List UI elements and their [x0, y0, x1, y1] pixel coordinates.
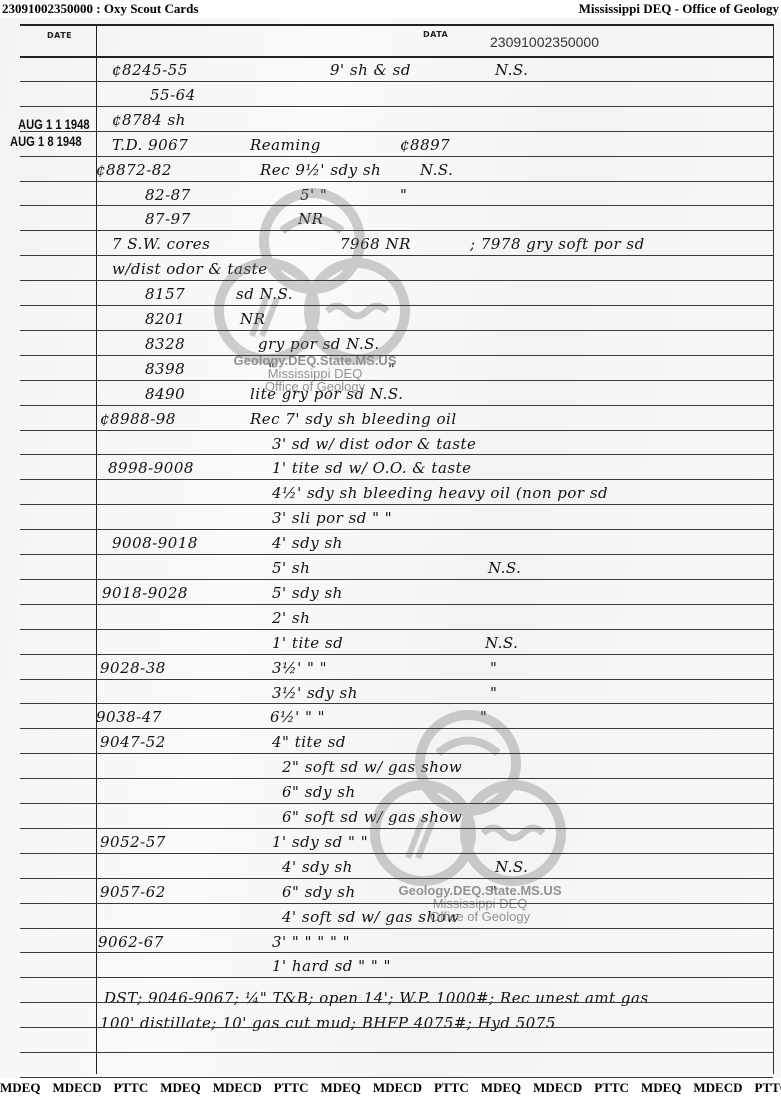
- ruled-line: [20, 778, 773, 779]
- ruled-line: [20, 230, 773, 231]
- row-depth: 87-97: [145, 210, 191, 228]
- ruled-line: [20, 629, 773, 630]
- ruled-line: [20, 205, 773, 206]
- row-desc: 3' sli por sd " ": [272, 509, 392, 527]
- footer-token: MDEQ: [641, 1080, 681, 1095]
- scout-card: DATE DATA 23091002350000 AUG 1 1 1948 AU…: [0, 18, 781, 1078]
- ruled-line: [20, 977, 773, 978]
- ruled-line: [20, 753, 773, 754]
- ruled-line: [20, 728, 773, 729]
- ruled-line: [20, 255, 773, 256]
- row-depth: 55-64: [150, 86, 196, 104]
- row-desc: 1' tite sd w/ O.O. & taste: [272, 459, 472, 477]
- row-note: ; 7978 gry soft por sd: [470, 235, 645, 253]
- footer-token: MDECD: [373, 1080, 422, 1095]
- ruled-line: [20, 305, 773, 306]
- row-note: N.S.: [495, 61, 528, 79]
- row-depth: 8201: [145, 310, 185, 328]
- header-rule: [20, 56, 773, 58]
- date-stamp: AUG 1 1 1948: [18, 116, 90, 132]
- ruled-line: [20, 554, 773, 555]
- ruled-line: [20, 454, 773, 455]
- row-desc: 7968 NR: [340, 235, 411, 253]
- ruled-line: [20, 1052, 773, 1053]
- ruled-line: [20, 579, 773, 580]
- row-depth: ¢8245-55: [112, 61, 188, 79]
- ruled-line: [20, 679, 773, 680]
- row-depth: 82-87: [145, 186, 191, 204]
- row-desc: 6" sdy sh: [282, 783, 356, 801]
- ruled-line: [20, 928, 773, 929]
- row-desc: 9' sh & sd: [330, 61, 411, 79]
- row-depth: T.D. 9067: [112, 136, 188, 154]
- ruled-line: [20, 430, 773, 431]
- row-depth: ¢8784 sh: [112, 111, 186, 129]
- date-stamp: AUG 1 8 1948: [10, 133, 82, 149]
- row-desc: 5' sh: [272, 559, 310, 577]
- document-footer: MDEQMDECDPTTCMDEQMDECDPTTCMDEQMDECDPTTCM…: [0, 1080, 781, 1099]
- row-depth: 8398: [145, 360, 185, 378]
- ruled-line: [20, 330, 773, 331]
- footer-token: PTTC: [755, 1080, 781, 1095]
- row-depth: 8490: [145, 385, 185, 403]
- row-desc: 1' sdy sd " ": [272, 833, 368, 851]
- row-depth: 9008-9018: [112, 534, 198, 552]
- ruled-line: [20, 405, 773, 406]
- row-desc: NR: [240, 310, 265, 328]
- footer-token: MDEQ: [160, 1080, 200, 1095]
- ruled-line: [20, 1002, 773, 1003]
- ruled-line: [20, 106, 773, 107]
- row-depth: 9052-57: [100, 833, 166, 851]
- row-desc: 4" tite sd: [272, 733, 346, 751]
- ruled-line: [20, 156, 773, 157]
- footer-token: PTTC: [434, 1080, 469, 1095]
- footer-token: MDECD: [52, 1080, 101, 1095]
- footer-token: MDEQ: [481, 1080, 521, 1095]
- ruled-line: [20, 529, 773, 530]
- row-depth: 9028-38: [100, 659, 166, 677]
- row-note: N.S.: [420, 161, 453, 179]
- row-desc: 3' sd w/ dist odor & taste: [272, 435, 476, 453]
- row-desc: NR: [298, 210, 323, 228]
- row-depth: 8328: [145, 335, 185, 353]
- row-desc: sd N.S.: [236, 285, 293, 303]
- ruled-line: [20, 504, 773, 505]
- row-desc: gry por sd N.S.: [258, 335, 380, 353]
- ruled-line: [20, 131, 773, 132]
- footer-token: MDEQ: [0, 1080, 40, 1095]
- row-desc: 2" soft sd w/ gas show: [282, 758, 462, 776]
- watermark-text: Geology.DEQ.State.MS.US Mississippi DEQ …: [205, 354, 425, 393]
- ruled-line: [20, 604, 773, 605]
- ruled-line: [20, 903, 773, 904]
- row-depth: ¢8988-98: [100, 410, 176, 428]
- ruled-line: [20, 828, 773, 829]
- document-title: 23091002350000 : Oxy Scout Cards: [2, 1, 198, 17]
- row-note: N.S.: [488, 559, 521, 577]
- row-desc: 4' sdy sh: [282, 858, 353, 876]
- date-column-header: DATE: [47, 31, 72, 40]
- footer-token: MDECD: [693, 1080, 742, 1095]
- row-desc: 1' hard sd " " ": [272, 957, 391, 975]
- ruled-line: [20, 81, 773, 82]
- row-depth: 8998-9008: [108, 459, 194, 477]
- row-depth: 9018-9028: [102, 584, 188, 602]
- footer-token: PTTC: [114, 1080, 149, 1095]
- row-note: N.S.: [485, 634, 518, 652]
- row-desc: 4' sdy sh: [272, 534, 343, 552]
- row-note: ": [490, 659, 497, 677]
- row-desc: Rec 7' sdy sh bleeding oil: [250, 410, 457, 428]
- ruled-line: [20, 280, 773, 281]
- row-depth: 9062-67: [98, 933, 164, 951]
- footer-token: MDECD: [213, 1080, 262, 1095]
- ruled-line: [20, 1077, 773, 1078]
- ruled-line: [20, 703, 773, 704]
- ruled-line: [20, 952, 773, 953]
- data-column-header: DATA: [423, 30, 448, 39]
- row-depth: 8157: [145, 285, 185, 303]
- row-desc: 3½' sdy sh: [272, 684, 358, 702]
- row-desc: 6" soft sd w/ gas show: [282, 808, 462, 826]
- ruled-line: [20, 380, 773, 381]
- row-depth: w/dist odor & taste: [112, 260, 268, 278]
- ruled-line: [20, 181, 773, 182]
- row-desc: 5' sdy sh: [272, 584, 343, 602]
- document-header: 23091002350000 : Oxy Scout Cards Mississ…: [0, 0, 781, 18]
- row-desc: 2' sh: [272, 609, 310, 627]
- row-note: N.S.: [495, 858, 528, 876]
- ruled-line: [20, 654, 773, 655]
- row-desc: 3' " " " " ": [272, 933, 350, 951]
- row-depth: 9057-62: [100, 883, 166, 901]
- agency-title: Mississippi DEQ - Office of Geology: [579, 1, 779, 17]
- row-depth: 9038-47: [96, 708, 162, 726]
- row-desc: 4½' sdy sh bleeding heavy oil (non por s…: [272, 484, 608, 502]
- row-desc: 6½' " ": [270, 708, 325, 726]
- footer-token: PTTC: [594, 1080, 629, 1095]
- row-desc: 5' ": [300, 186, 327, 204]
- ruled-line: [20, 1027, 773, 1028]
- card-right-border: [773, 24, 774, 1074]
- top-rule: [20, 24, 773, 26]
- dst-line: DST; 9046-9067; ¼" T&B; open 14'; W.P. 1…: [104, 989, 649, 1007]
- dst-line: 100' distillate; 10' gas cut mud; BHFP 4…: [100, 1014, 556, 1032]
- row-note: ": [400, 186, 407, 204]
- ruled-line: [20, 878, 773, 879]
- footer-token: PTTC: [274, 1080, 309, 1095]
- ruled-line: [20, 479, 773, 480]
- row-depth: 7 S.W. cores: [112, 235, 210, 253]
- ruled-line: [20, 803, 773, 804]
- row-desc: 6" sdy sh: [282, 883, 356, 901]
- ruled-line: [20, 853, 773, 854]
- row-note: ": [490, 684, 497, 702]
- row-desc: Rec 9½' sdy sh: [260, 161, 381, 179]
- row-note: ": [480, 708, 487, 726]
- ruled-line: [20, 355, 773, 356]
- row-note: ¢8897: [400, 136, 450, 154]
- row-desc: 3½' " ": [272, 659, 327, 677]
- footer-token: MDEQ: [320, 1080, 360, 1095]
- api-number: 23091002350000: [490, 34, 599, 50]
- footer-token: MDECD: [533, 1080, 582, 1095]
- row-depth: ¢8872-82: [96, 161, 172, 179]
- row-desc: Reaming: [250, 136, 321, 154]
- row-desc: 1' tite sd: [272, 634, 343, 652]
- row-depth: 9047-52: [100, 733, 166, 751]
